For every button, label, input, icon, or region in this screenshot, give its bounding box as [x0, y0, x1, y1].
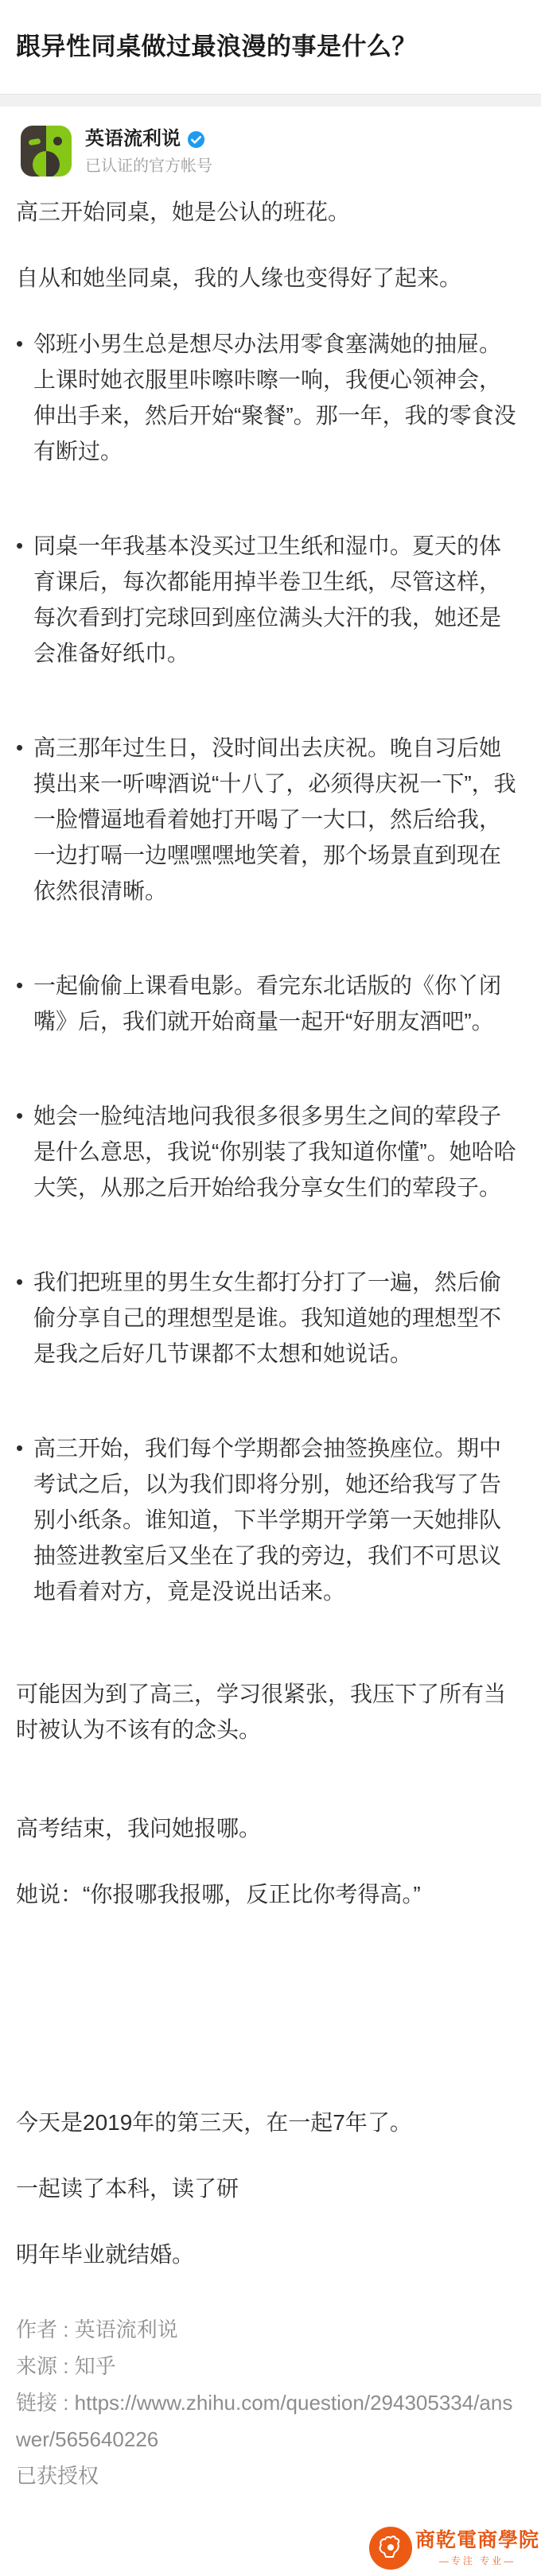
- article-page: 跟异性同桌做过最浪漫的事是什么？ 英语流利说 已认证的官方帐号 高三开始同桌，她…: [0, 0, 541, 2576]
- rooster-logo-icon: [369, 2527, 412, 2570]
- footer-authorized: 已获授权: [16, 2458, 521, 2494]
- profile-subtitle: 已认证的官方帐号: [85, 157, 212, 176]
- footer-source: 来源 : 知乎: [16, 2348, 521, 2384]
- paragraph-after-2: 高考结束，我问她报哪。: [16, 1810, 521, 1846]
- bullet-item: 同桌一年我基本没买过卫生纸和湿巾。夏天的体育课后，每次都能用掉半卷卫生纸，尽管这…: [16, 528, 521, 671]
- bullet-item: 她会一脸纯洁地问我很多很多男生之间的荤段子是什么意思，我说“你别装了我知道你懂”…: [16, 1098, 521, 1205]
- content-list: 邻班小男生总是想尽办法用零食塞满她的抽屉。上课时她衣服里咔嚓咔嚓一响，我便心领神…: [16, 326, 521, 1609]
- liulishuo-avatar[interactable]: [21, 126, 72, 177]
- profile-name[interactable]: 英语流利说: [85, 127, 181, 151]
- verified-badge-icon: [187, 130, 205, 149]
- footer-link[interactable]: 链接 : https://www.zhihu.com/question/2943…: [16, 2384, 521, 2458]
- paragraph-ending-1: 今天是2019年的第三天，在一起7年了。: [16, 2105, 521, 2140]
- profile-meta: 英语流利说 已认证的官方帐号: [85, 126, 212, 176]
- stamp-text: 商乾電商學院: [415, 2530, 539, 2552]
- watermark-stamp: 商乾電商學院 —专注 专业—: [369, 2527, 539, 2570]
- attribution-footer: 作者 : 英语流利说 来源 : 知乎 链接 : https://www.zhih…: [16, 2311, 521, 2494]
- profile-header: 英语流利说 已认证的官方帐号: [21, 126, 525, 177]
- footer-author: 作者 : 英语流利说: [16, 2311, 521, 2348]
- avatar-round-eye-shape: [53, 137, 62, 145]
- bullet-item: 高三开始，我们每个学期都会抽签换座位。期中考试之后，以为我们即将分别，她还给我写…: [16, 1430, 521, 1609]
- section-divider: [0, 94, 541, 107]
- paragraph-after-1: 可能因为到了高三，学习很紧张，我压下了所有当时被认为不该有的念头。: [16, 1676, 521, 1748]
- paragraph-ending-3: 明年毕业就结婚。: [16, 2237, 521, 2272]
- bullet-item: 一起偷偷上课看电影。看完东北话版的《你丫闭嘴》后，我们就开始商量一起开“好朋友酒…: [16, 968, 521, 1039]
- bullet-item: 我们把班里的男生女生都打分打了一遍，然后偷偷分享自己的理想型是谁。我知道她的理想…: [16, 1264, 521, 1371]
- page-title: 跟异性同桌做过最浪漫的事是什么？: [0, 0, 541, 64]
- paragraph-ending-2: 一起读了本科，读了研: [16, 2171, 521, 2206]
- paragraph-after-3: 她说：“你报哪我报哪，反正比你考得高。”: [16, 1876, 521, 1912]
- bullet-item: 高三那年过生日，没时间出去庆祝。晚自习后她摸出来一听啤酒说“十八了，必须得庆祝一…: [16, 730, 521, 909]
- article-body: 高三开始同桌，她是公认的班花。 自从和她坐同桌，我的人缘也变得好了起来。 邻班小…: [16, 194, 521, 2272]
- bullet-item: 邻班小男生总是想尽办法用零食塞满她的抽屉。上课时她衣服里咔嚓咔嚓一响，我便心领神…: [16, 326, 521, 469]
- stamp-tagline: —专注 专业—: [439, 2554, 516, 2567]
- paragraph-intro-1: 高三开始同桌，她是公认的班花。: [16, 194, 521, 230]
- paragraph-intro-2: 自从和她坐同桌，我的人缘也变得好了起来。: [16, 260, 521, 296]
